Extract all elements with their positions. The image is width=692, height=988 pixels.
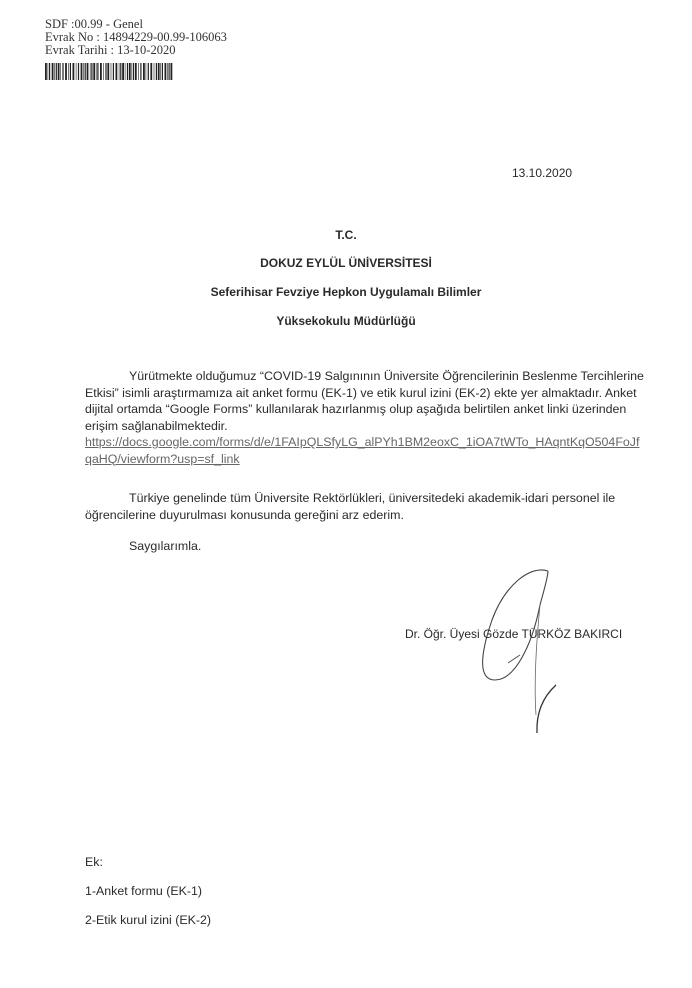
signature — [470, 565, 580, 745]
survey-link-cont[interactable]: qaHQ/viewform?usp=sf_link — [85, 451, 675, 468]
signatory-name: Dr. Öğr. Üyesi Gözde TÜRKÖZ BAKIRCI — [405, 627, 622, 641]
document-stamp: SDF :00.99 - Genel Evrak No : 14894229-0… — [45, 18, 227, 57]
document-date: 13.10.2020 — [512, 166, 572, 180]
attachment-item: 2-Etik kurul izini (EK-2) — [85, 913, 211, 927]
paragraph-2: Türkiye genelinde tüm Üniversite Rektörl… — [85, 490, 675, 523]
header-directorate: Yüksekokulu Müdürlüğü — [0, 314, 692, 328]
header-university: DOKUZ EYLÜL ÜNİVERSİTESİ — [0, 256, 692, 270]
header-school: Seferihisar Fevziye Hepkon Uygulamalı Bi… — [0, 285, 692, 299]
paragraph-2-line: öğrencilerine duyurulması konusunda gere… — [85, 507, 675, 524]
paragraph-1-line: dijital ortamda “Google Forms” kullanıla… — [85, 401, 675, 418]
paragraph-1: Yürütmekte olduğumuz “COVID-19 Salgınını… — [85, 368, 675, 467]
paragraph-1-line: Etkisi” isimli araştırmamıza ait anket f… — [85, 385, 675, 402]
survey-link[interactable]: https://docs.google.com/forms/d/e/1FAIpQ… — [85, 434, 675, 451]
barcode — [45, 63, 173, 80]
paragraph-1-line: Yürütmekte olduğumuz “COVID-19 Salgınını… — [85, 368, 675, 385]
attachment-item: 1-Anket formu (EK-1) — [85, 884, 202, 898]
paragraph-2-line: Türkiye genelinde tüm Üniversite Rektörl… — [85, 490, 675, 507]
attachments-label: Ek: — [85, 855, 103, 869]
header-tc: T.C. — [0, 228, 692, 242]
evrak-tarihi: Evrak Tarihi : 13-10-2020 — [45, 44, 227, 57]
paragraph-1-line: erişim sağlanabilmektedir. — [85, 418, 675, 435]
closing: Saygılarımla. — [85, 538, 675, 555]
